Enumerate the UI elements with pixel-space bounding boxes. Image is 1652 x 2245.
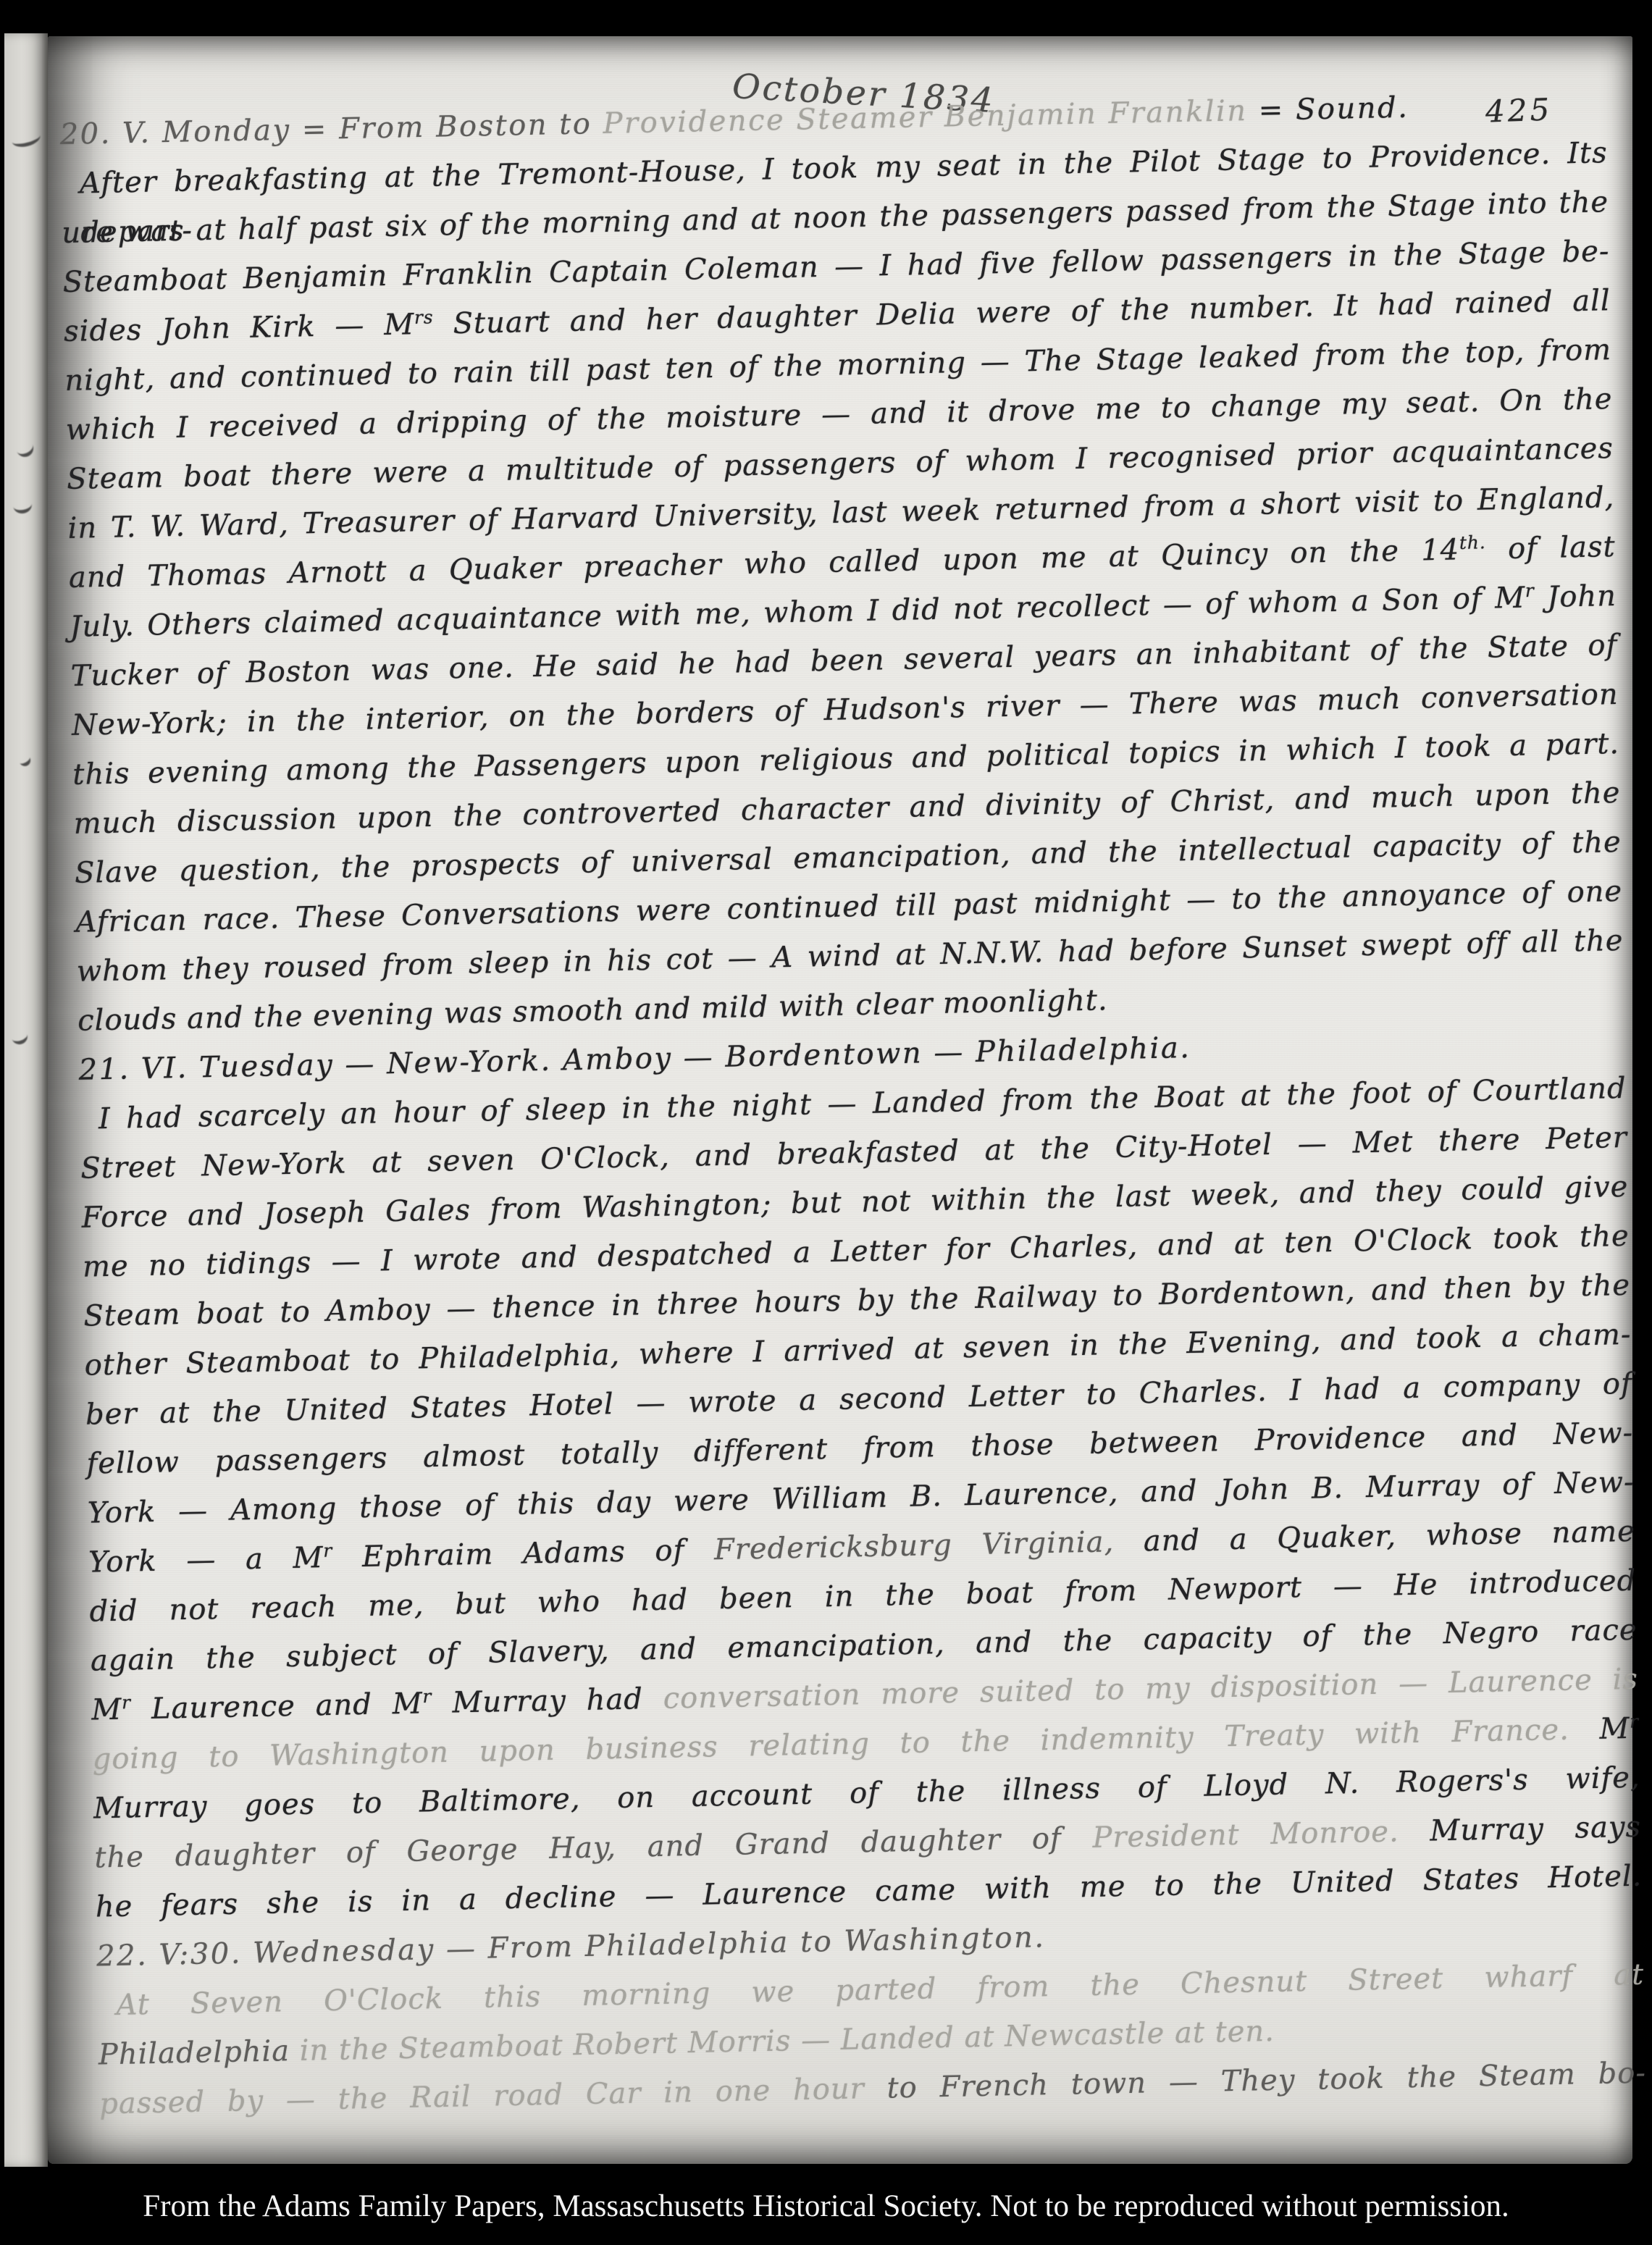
manuscript-text-segment: = Sound. — [1247, 91, 1409, 127]
stray-ink-mark — [13, 436, 36, 460]
manuscript-text-segment: r — [323, 1540, 332, 1561]
manuscript-text-segment: John — [1534, 579, 1617, 614]
manuscript-text-segment: President Monroe. — [1092, 1815, 1399, 1854]
manuscript-text-segment: to French town — They took the Steam bo- — [886, 2057, 1646, 2105]
stray-ink-mark — [10, 127, 42, 149]
stray-ink-mark — [12, 495, 33, 515]
manuscript-text-segment: Laurence and M — [131, 1687, 423, 1726]
manuscript-page: October 1834 425 20. V. Monday = From Bo… — [48, 36, 1632, 2164]
manuscript-text-block: 20. V. Monday = From Boston to Providenc… — [59, 79, 1647, 2128]
manuscript-text-segment: Murray says — [1399, 1810, 1641, 1849]
manuscript-text-segment: 20. V. Monday = From Boston to — [59, 107, 603, 151]
manuscript-text-segment: Ephraim Adams of — [332, 1533, 715, 1574]
manuscript-text-segment: r — [122, 1692, 131, 1713]
manuscript-text-segment: r — [1525, 580, 1535, 601]
manuscript-text-segment: Providence Steamer Benjamin Franklin — [603, 94, 1248, 140]
manuscript-text-segment: Philadelphia — [98, 2034, 290, 2071]
scanned-document: { "page": { "header_date": "October 1834… — [0, 0, 1652, 2245]
manuscript-text-segment: Fredericksburg Virginia, — [713, 1525, 1114, 1566]
manuscript-text-segment: of last — [1485, 530, 1616, 566]
facing-page-edge — [4, 33, 48, 2167]
manuscript-text-segment: sides John Kirk — M — [64, 308, 415, 348]
manuscript-text-segment: r — [422, 1686, 432, 1707]
manuscript-text-segment: M — [91, 1693, 122, 1727]
manuscript-text-segment: r — [1630, 1711, 1639, 1732]
archive-caption: From the Adams Family Papers, Massaschus… — [0, 2189, 1652, 2224]
manuscript-text-segment: Murray had — [432, 1682, 663, 1720]
manuscript-text-segment: th. — [1459, 532, 1486, 553]
stray-ink-mark — [17, 752, 33, 768]
manuscript-text-segment: passed by — the Rail road Car in one hou… — [99, 2072, 887, 2121]
stray-ink-mark — [9, 1027, 29, 1046]
manuscript-text-segment: York — a M — [88, 1541, 324, 1579]
manuscript-text-segment: rs — [414, 306, 434, 328]
manuscript-text-segment: M — [1599, 1712, 1630, 1746]
manuscript-text-segment: and a Quaker, whose name — [1114, 1515, 1636, 1558]
